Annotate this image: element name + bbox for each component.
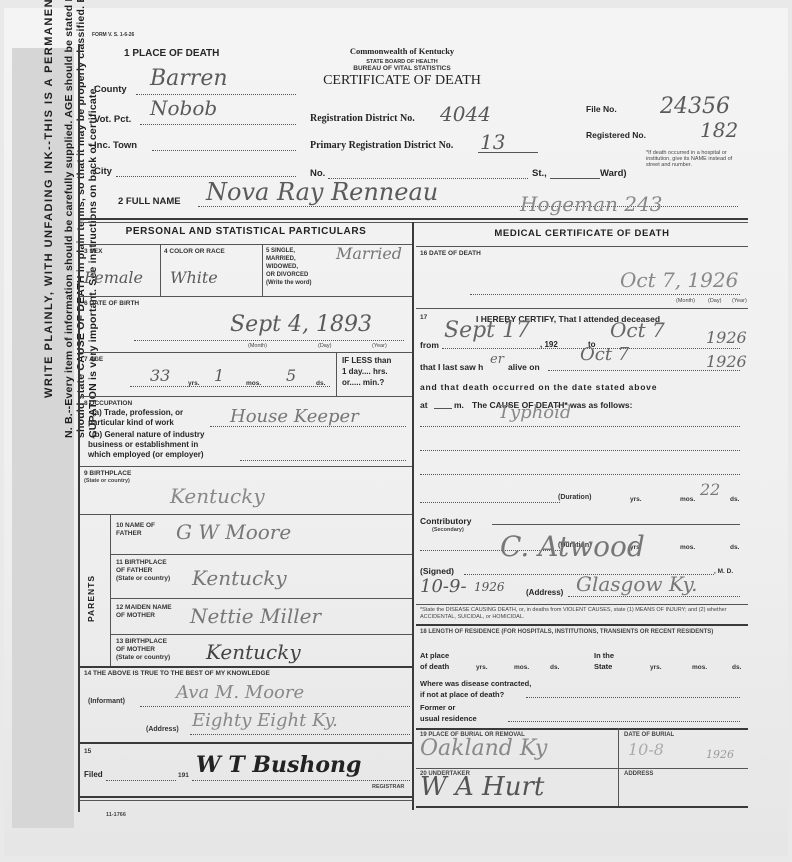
- bureau-title: BUREAU OF VITAL STATISTICS: [302, 65, 502, 72]
- occupation-a-label: (a) Trade, profession, or particular kin…: [88, 408, 183, 428]
- rule: [80, 466, 412, 467]
- mos-caption: mos.: [680, 496, 695, 503]
- father-birthplace-label: 11 BIRTHPLACE OF FATHER (State or countr…: [116, 559, 170, 583]
- city-label: City: [94, 166, 112, 177]
- former-residence-label: Former or usual residence: [420, 702, 477, 724]
- rule-bottom-2: [80, 800, 412, 801]
- signed-label: (Signed): [420, 566, 454, 576]
- label-line: if not at place of death?: [420, 689, 531, 700]
- informant-address-label: (Address): [146, 726, 179, 733]
- physician-signature: C. Atwood: [500, 530, 645, 563]
- rule: [110, 598, 412, 599]
- rule-thick: [80, 666, 412, 668]
- st-label: St.,: [532, 168, 547, 179]
- mother-name-label: 12 MAIDEN NAME OF MOTHER: [116, 604, 172, 620]
- primary-registration-line: [478, 152, 538, 153]
- undertaker-value: W A Hurt: [420, 772, 544, 802]
- m-label: m.: [454, 400, 464, 410]
- if-less-line: 1 day.... hrs.: [342, 366, 391, 377]
- signed-year-value: 1926: [474, 580, 505, 594]
- occupation-a-line: particular kind of work: [88, 418, 183, 428]
- occupation-b-label: (b) General nature of industry business …: [88, 430, 204, 460]
- contributory-label: Contributory: [420, 516, 471, 526]
- file-no-label: File No.: [586, 104, 617, 114]
- occupation-b-line: (b) General nature of industry: [88, 430, 204, 440]
- vot-pct-line: [140, 124, 296, 125]
- label-line: 12 MAIDEN NAME: [116, 604, 172, 612]
- label-line: Where was disease contracted,: [420, 678, 531, 689]
- duration-label: (Duration): [558, 494, 591, 501]
- burial-divider: [618, 728, 619, 806]
- cause-footnote: *State the DISEASE CAUSING DEATH, or, in…: [420, 607, 746, 621]
- secondary-label: (Secondary): [432, 527, 464, 533]
- md-label: , M. D.: [714, 568, 733, 575]
- death-certificate-page: WRITE PLAINLY, WITH UNFADING INK--THIS I…: [4, 8, 788, 856]
- occupation-b-line: [240, 460, 406, 461]
- if-less-line: IF LESS than: [342, 355, 391, 366]
- filed-label: Filed: [84, 770, 103, 779]
- last-saw-label: that I last saw h: [420, 362, 483, 372]
- label-line: In the: [594, 650, 614, 661]
- yrs-caption: yrs.: [630, 496, 642, 503]
- address-line: [190, 734, 410, 735]
- dob-line: [134, 340, 404, 341]
- physician-address-label: (Address): [526, 588, 563, 597]
- marital-line: (Write the word): [266, 279, 312, 287]
- informant-certification: 14 THE ABOVE IS TRUE TO THE BEST OF MY K…: [84, 670, 270, 677]
- county-value: Barren: [150, 66, 228, 91]
- day-caption: (Day): [708, 298, 721, 304]
- margin-instruction-line-2: N. B.--Every item of information should …: [63, 0, 75, 438]
- rule: [416, 246, 748, 247]
- rule: [416, 308, 748, 309]
- mother-birthplace-label: 13 BIRTHPLACE OF MOTHER (State or countr…: [116, 638, 170, 662]
- month-caption: (Month): [676, 298, 695, 304]
- date-of-death-label: 16 DATE OF DEATH: [420, 250, 481, 257]
- ds-caption: ds.: [730, 544, 739, 551]
- registered-no-value: 182: [700, 118, 738, 142]
- from-value: Sept 17: [444, 318, 530, 343]
- if-less-label: IF LESS than 1 day.... hrs. or..... min.…: [342, 355, 391, 388]
- informant-label: (Informant): [88, 698, 125, 705]
- ds-caption: ds.: [316, 380, 325, 387]
- certificate-form: FORM V. S. 1-6-26 1 PLACE OF DEATH Commo…: [80, 22, 750, 842]
- date-of-death-line: [470, 294, 740, 295]
- alive-on-year: 1926: [706, 352, 747, 371]
- to-year: 1926: [706, 328, 747, 347]
- father-name-value: G W Moore: [176, 520, 291, 544]
- ds-caption: ds.: [730, 496, 739, 503]
- margin-instruction-line-1: WRITE PLAINLY, WITH UNFADING INK--THIS I…: [43, 0, 55, 438]
- label-line: 13 BIRTHPLACE: [116, 638, 170, 646]
- informant-value: Ava M. Moore: [176, 682, 304, 703]
- yrs-caption: yrs.: [476, 664, 488, 671]
- rule: [110, 554, 412, 555]
- death-occurred-text: and that death occurred on the date stat…: [420, 382, 657, 392]
- inc-town-line: [152, 150, 296, 151]
- color-value: White: [170, 268, 218, 287]
- form-number: FORM V. S. 1-6-26: [92, 32, 134, 38]
- mother-name-value: Nettie Miller: [190, 604, 321, 628]
- burial-date-year: 1926: [706, 748, 734, 761]
- commonwealth-title: Commonwealth of Kentucky: [302, 46, 502, 56]
- marital-line: MARRIED,: [266, 255, 312, 263]
- ward-label: Ward): [600, 168, 627, 179]
- last-saw-her: er: [490, 352, 504, 367]
- divider: [262, 244, 263, 296]
- undertaker-address-label: ADDRESS: [624, 771, 653, 777]
- father-name-label: 10 NAME OF FATHER: [116, 522, 155, 538]
- full-name-extra: Hogeman 243: [520, 192, 662, 216]
- county-label: County: [94, 84, 127, 95]
- at-label: at: [420, 400, 428, 410]
- certificate-header: Commonwealth of Kentucky STATE BOARD OF …: [302, 46, 502, 89]
- file-no-value: 24356: [660, 94, 730, 119]
- field-15-number: 15: [84, 748, 91, 755]
- year-caption: (Year): [732, 298, 747, 304]
- year-caption: (Year): [372, 343, 387, 349]
- rule: [80, 296, 412, 297]
- bottom-code: 11-1766: [106, 812, 126, 818]
- ward-line: [550, 178, 600, 179]
- rule-thick: [416, 728, 748, 730]
- parents-side-label: PARENTS: [86, 575, 96, 622]
- date-of-death-value: Oct 7, 1926: [620, 268, 738, 292]
- mother-birthplace-value: Kentucky: [206, 640, 301, 664]
- rule-thick: [80, 742, 412, 744]
- marital-line: OR DIVORCED: [266, 271, 312, 279]
- label-line: OF MOTHER: [116, 646, 170, 654]
- filed-line: [106, 780, 176, 781]
- rule-bottom: [416, 806, 748, 808]
- parents-divider: [110, 514, 111, 666]
- registrar-caption: REGISTRAR: [372, 784, 404, 790]
- label-line: At place: [420, 650, 449, 661]
- alive-on-value: Oct 7: [580, 344, 629, 365]
- dob-value: Sept 4, 1893: [230, 312, 372, 337]
- mos-caption: mos.: [246, 380, 261, 387]
- duration-days-value: 22: [700, 480, 720, 499]
- center-divider: [412, 222, 414, 810]
- informant-address-value: Eighty Eight Ky.: [192, 710, 338, 731]
- ds-caption: ds.: [550, 664, 559, 671]
- rule: [416, 768, 748, 769]
- divider: [160, 244, 161, 296]
- physician-address-value: Glasgow Ky.: [576, 572, 698, 596]
- day-caption: (Day): [318, 343, 331, 349]
- mos-caption: mos.: [514, 664, 529, 671]
- occupation-label: 8 OCCUPATION: [84, 400, 132, 407]
- occupation-b-line: which employed (or employer): [88, 450, 204, 460]
- filed-year-prefix: 191: [178, 772, 189, 779]
- label-line: usual residence: [420, 713, 477, 724]
- rule: [80, 396, 412, 397]
- cause-line-2: [420, 450, 740, 451]
- certificate-title: CERTIFICATE OF DEATH: [302, 73, 502, 89]
- birthplace-sublabel: (State or country): [84, 478, 130, 484]
- marital-line: WIDOWED,: [266, 263, 312, 271]
- burial-date-value: 10-8: [628, 740, 664, 759]
- label-line: (State or country): [116, 654, 170, 662]
- mos-caption: mos.: [692, 664, 707, 671]
- registration-district-value: 4044: [440, 102, 491, 126]
- mos-caption: mos.: [680, 544, 695, 551]
- informant-line: [140, 706, 410, 707]
- age-line: [130, 386, 330, 387]
- birthplace-label: 9 BIRTHPLACE: [84, 470, 131, 477]
- left-border: [78, 44, 80, 812]
- inc-town-label: Inc. Town: [94, 140, 137, 151]
- burial-place-value: Oakland Ky: [420, 736, 547, 761]
- from-label: from: [420, 340, 439, 350]
- registrar-signature: W T Bushong: [196, 752, 361, 778]
- duration-line: [420, 502, 560, 503]
- burial-date-label: DATE OF BURIAL: [624, 732, 674, 738]
- sex-value: Female: [84, 268, 143, 287]
- city-line: [116, 176, 296, 177]
- label-line: State: [594, 661, 614, 672]
- label-line: OF MOTHER: [116, 612, 172, 620]
- signed-date-value: 10-9-: [420, 576, 467, 597]
- if-less-line: or..... min.?: [342, 377, 391, 388]
- marital-line: 5 SINGLE,: [266, 247, 312, 255]
- label-line: (State or country): [116, 575, 170, 583]
- age-days-value: 5: [286, 366, 296, 385]
- cause-line-3: [420, 474, 740, 475]
- marital-value: Married: [336, 244, 402, 263]
- from-year-prefix: , 192: [540, 340, 558, 349]
- age-months-value: 1: [214, 366, 224, 385]
- rule-bottom: [80, 796, 412, 798]
- birthplace-value: Kentucky: [170, 484, 265, 508]
- color-label: 4 COLOR OR RACE: [164, 248, 225, 255]
- ds-caption: ds.: [732, 664, 741, 671]
- yrs-caption: yrs.: [188, 380, 200, 387]
- vot-pct-label: Vot. Pct.: [94, 114, 131, 125]
- label-line: FATHER: [116, 530, 155, 538]
- label-line: OF FATHER: [116, 567, 170, 575]
- divider: [336, 352, 337, 396]
- medical-section-title: MEDICAL CERTIFICATE OF DEATH: [416, 228, 748, 239]
- personal-section-title: PERSONAL AND STATISTICAL PARTICULARS: [80, 226, 412, 237]
- contributory-line: [492, 524, 740, 525]
- place-of-death-label: 1 PLACE OF DEATH: [124, 48, 219, 59]
- occupation-a-line: (a) Trade, profession, or: [88, 408, 183, 418]
- hospital-note: *If death occurred in a hospital or inst…: [646, 150, 746, 168]
- full-name-label: 2 FULL NAME: [118, 196, 181, 207]
- sex-label: 3 SEX: [84, 248, 102, 255]
- former-residence-line: [508, 721, 740, 722]
- registered-no-label: Registered No.: [586, 130, 646, 140]
- cause-value: Typhoid: [498, 402, 571, 423]
- cause-line-1: [420, 426, 740, 427]
- marital-label: 5 SINGLE, MARRIED, WIDOWED, OR DIVORCED …: [266, 247, 312, 287]
- rule: [80, 514, 412, 515]
- rule-thick: [416, 624, 748, 626]
- rule-top-2: [80, 222, 748, 223]
- label-line: 10 NAME OF: [116, 522, 155, 530]
- month-caption: (Month): [248, 343, 267, 349]
- field-17-number: 17: [420, 314, 427, 321]
- county-line: [136, 94, 296, 95]
- registrar-line: [192, 780, 410, 781]
- label-line: Former or: [420, 702, 477, 713]
- father-birthplace-value: Kentucky: [192, 566, 287, 590]
- registration-district-label: Registration District No.: [310, 113, 415, 124]
- contracted-line: [526, 697, 740, 698]
- full-name-value: Nova Ray Renneau: [206, 178, 438, 206]
- primary-registration-value: 13: [480, 130, 505, 154]
- disease-contracted-label: Where was disease contracted, if not at …: [420, 678, 531, 700]
- rule: [110, 634, 412, 635]
- label-line: 11 BIRTHPLACE: [116, 559, 170, 567]
- residence-label: 18 LENGTH OF RESIDENCE (FOR HOSPITALS, I…: [420, 628, 746, 636]
- rule: [416, 604, 748, 605]
- primary-registration-label: Primary Registration District No.: [310, 140, 453, 151]
- label-line: of death: [420, 661, 449, 672]
- alive-on-label: alive on: [508, 362, 540, 372]
- time-line: [434, 408, 452, 409]
- yrs-caption: yrs.: [650, 664, 662, 671]
- at-place-of-death-label: At place of death: [420, 650, 449, 672]
- vot-pct-value: Nobob: [150, 96, 217, 120]
- occupation-b-line: business or establishment in: [88, 440, 204, 450]
- occupation-a-value: House Keeper: [230, 406, 359, 427]
- age-label: 7 AGE: [84, 356, 103, 363]
- physician-address-line: [568, 596, 740, 597]
- in-state-label: In the State: [594, 650, 614, 672]
- to-value: Oct 7: [610, 318, 665, 342]
- rule-top: [80, 218, 748, 220]
- dob-label: 6 DATE OF BIRTH: [84, 300, 139, 307]
- rule: [80, 352, 412, 353]
- age-years-value: 33: [150, 366, 170, 385]
